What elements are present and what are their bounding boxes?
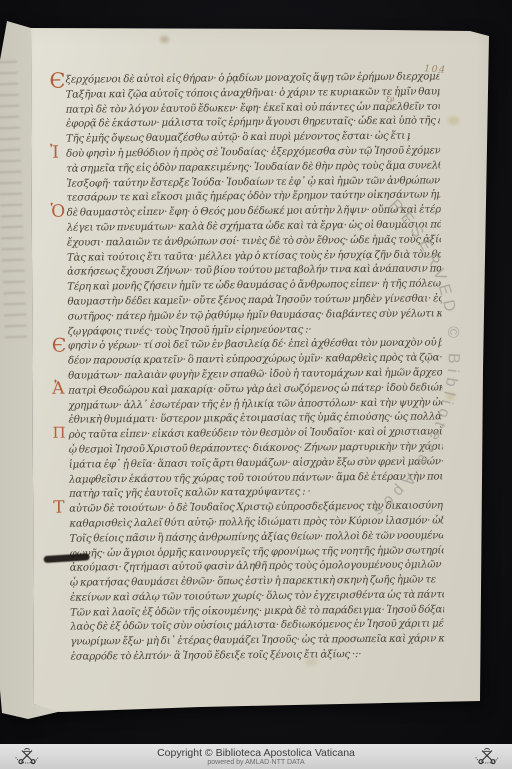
text-block: Є Ἰ Ὁ Є Ἀ Π Τ ξερχόμενοι δὲ αὐτοὶ εἰς θή…: [65, 70, 444, 665]
paragraph-initial: Є: [52, 337, 67, 356]
stain: [160, 36, 169, 43]
paragraph-initial: Ἀ: [52, 381, 64, 398]
vatican-library-emblem-icon: [12, 746, 42, 767]
paragraph-initial: Ὁ: [51, 204, 66, 221]
book-photo: 104 ξμ᾽ Є Ἰ Ὁ Є Ἀ Π Τ ξερχόμενοι δὲ αὐτο…: [0, 0, 512, 769]
facing-page-bleed-marks: [0, 52, 27, 343]
manuscript-line: ἐσαρρόδε τὸ ἐλπτόν· ἃ Ἰησοῦ ἔδειξε τοῖς …: [70, 648, 369, 665]
paragraph-initial: Є: [49, 71, 65, 92]
photo-background: 104 ξμ᾽ Є Ἰ Ὁ Є Ἀ Π Τ ξερχόμενοι δὲ αὐτο…: [0, 0, 512, 769]
powered-by-text: powered by AMLAD·NTT DATA: [207, 759, 304, 767]
paragraph-initial: Π: [52, 426, 65, 441]
stain: [446, 392, 455, 400]
manuscript-line: σωτῆρος· πάτερ ἡμῶν ἐν τῷ ῥᾳθύμῳ ἡμῖν θα…: [67, 307, 441, 325]
vatican-library-emblem-icon: [472, 746, 502, 767]
manuscript-line: γνωρίμων ἔξω· μὴ δι᾽ ἑτέρας θαυμάζει Ἰησ…: [70, 633, 444, 651]
manuscript-line: λαμφθεῖσιν ἑκάστου τῆς χώρας τοῦ τοιούτο…: [69, 470, 443, 488]
stain: [448, 116, 459, 125]
copyright-text: Copyright © Biblioteca Apostolica Vatica…: [157, 747, 355, 759]
paragraph-initial: Ἰ: [50, 145, 59, 162]
manuscript-page: 104 ξμ᾽ Є Ἰ Ὁ Є Ἀ Π Τ ξερχόμενοι δὲ αὐτο…: [0, 0, 512, 769]
paragraph-initial: Τ: [53, 500, 64, 517]
footer-bar: Copyright © Biblioteca Apostolica Vatica…: [0, 744, 512, 769]
